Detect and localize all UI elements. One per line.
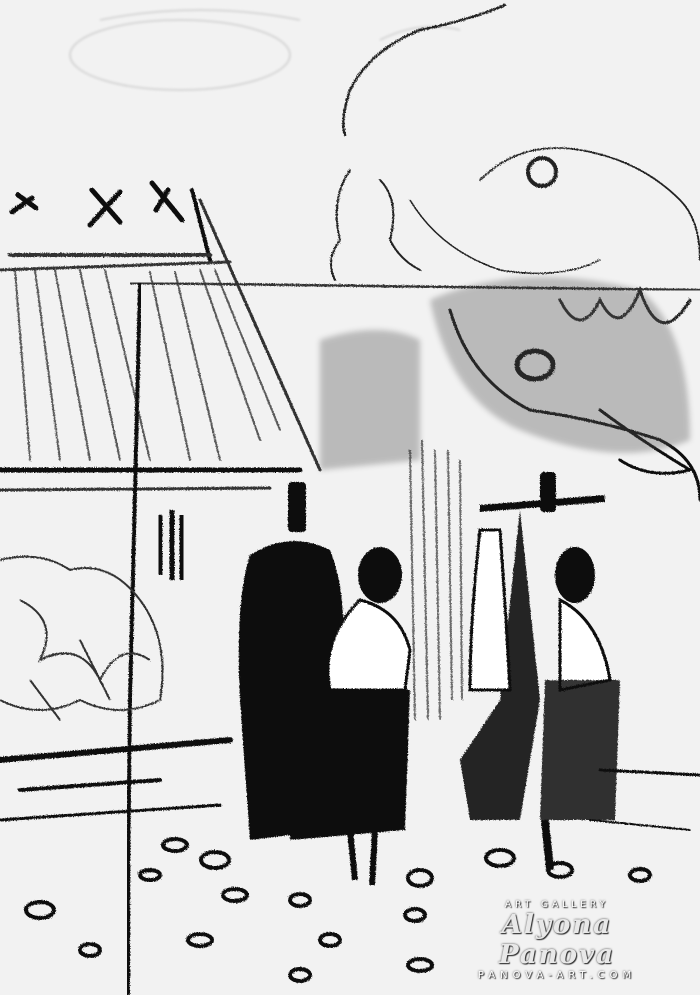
watermark-artist-name: Alyona Panova <box>442 910 672 970</box>
watermark-website: PANOVA-ART.COM <box>442 970 672 981</box>
watermark: ART GALLERY Alyona Panova PANOVA-ART.COM <box>442 900 672 981</box>
charcoal-sketch <box>0 0 700 995</box>
watermark-gallery-label: ART GALLERY <box>442 900 672 910</box>
